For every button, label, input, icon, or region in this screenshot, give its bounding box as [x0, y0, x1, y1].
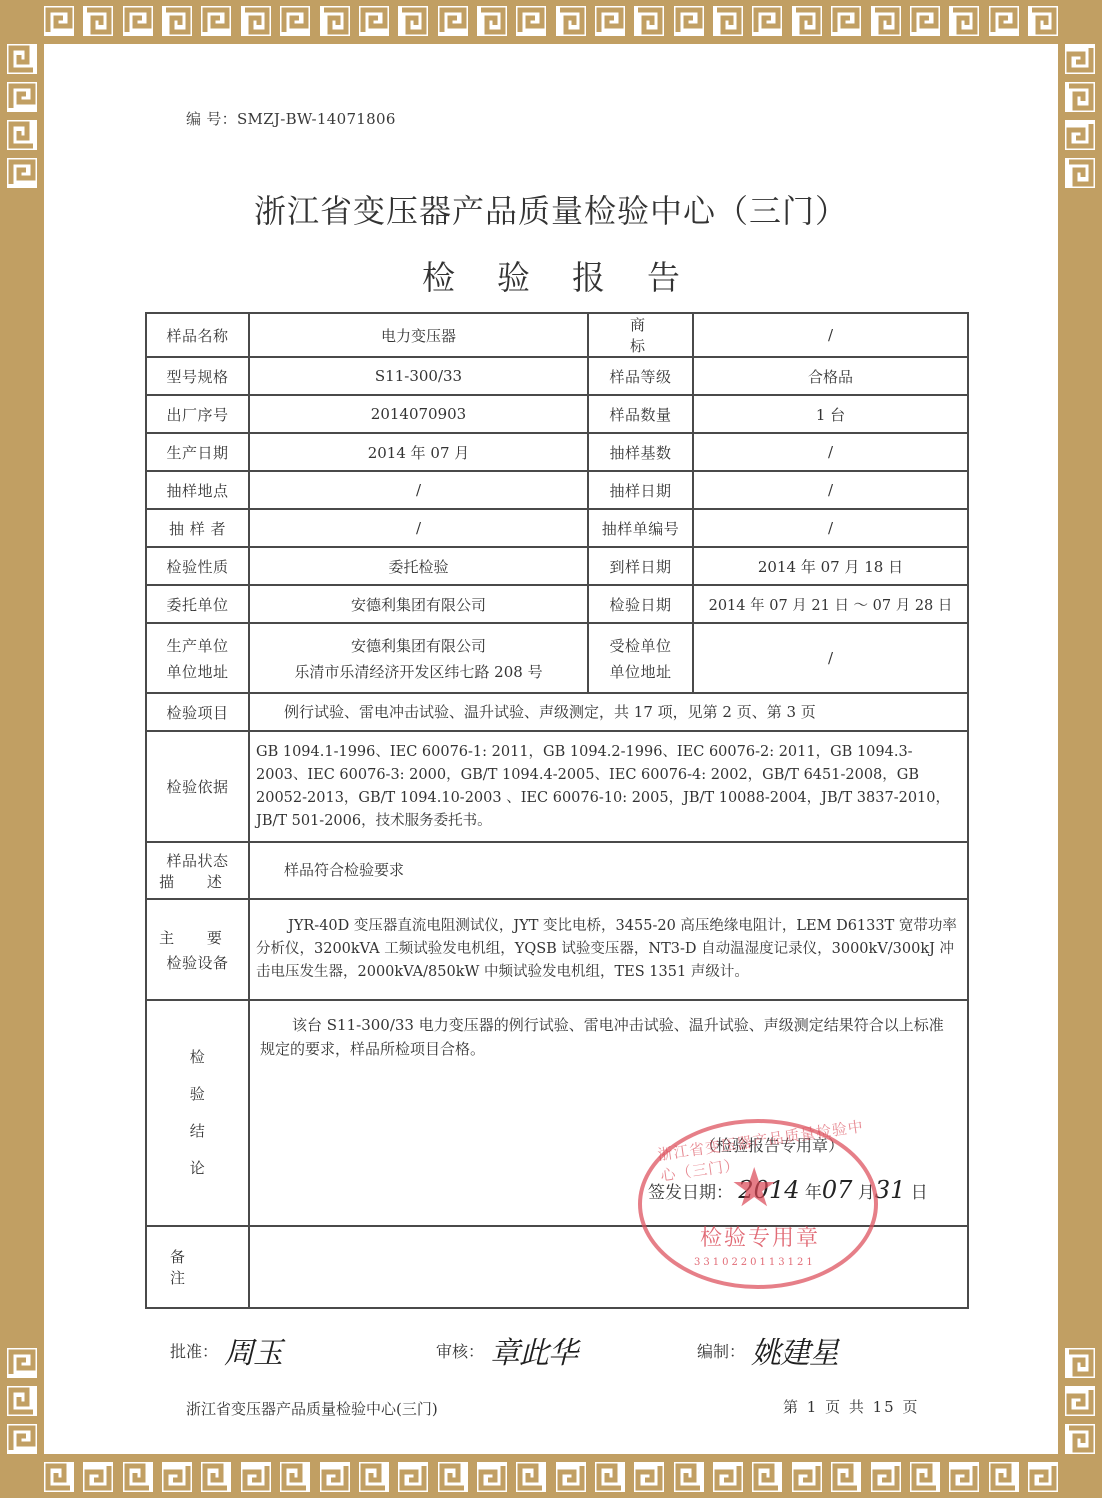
greek-key-icon — [713, 1462, 743, 1492]
field-label: 出厂序号 — [146, 395, 249, 433]
remarks-label: 备 注 — [146, 1226, 249, 1308]
report-title: 检验报告 — [0, 252, 1102, 299]
table-row: 检验性质委托检验到样日期2014 年 07 月 18 日 — [146, 547, 968, 585]
equipment-label-line2: 检验设备 — [153, 952, 242, 973]
field-label: 抽样地点 — [146, 471, 249, 509]
signature-block: 批准： 周玉 审核： 章此华 编制： 姚建星 — [0, 1318, 1102, 1378]
greek-key-icon — [595, 6, 625, 36]
field-label: 委托单位 — [146, 585, 249, 623]
greek-key-icon — [674, 1462, 704, 1492]
greek-key-icon — [556, 1462, 586, 1492]
reviewer-label: 审核： — [436, 1339, 484, 1362]
greek-key-icon — [398, 6, 428, 36]
issue-date: 签发日期： 2014 年07 月31 日 — [648, 1176, 928, 1204]
greek-key-icon — [949, 6, 979, 36]
conclusion-text: 该台 S11-300/33 电力变压器的例行试验、雷电冲击试验、温升试验、声级测… — [260, 1013, 955, 1061]
greek-key-icon — [1065, 82, 1095, 112]
greek-key-icon — [831, 1462, 861, 1492]
greek-key-icon — [949, 1462, 979, 1492]
table-row-sample-state: 样品状态 描 述 样品符合检验要求 — [146, 842, 968, 899]
conclusion-area: 该台 S11-300/33 电力变压器的例行试验、雷电冲击试验、温升试验、声级测… — [250, 1001, 967, 1225]
field-label: 型号规格 — [146, 357, 249, 395]
greek-key-icon — [792, 6, 822, 36]
inspected-unit-value: / — [693, 623, 968, 693]
greek-key-icon — [989, 1462, 1019, 1492]
greek-key-icon — [280, 1462, 310, 1492]
greek-key-icon — [241, 6, 271, 36]
reviewer-signature: 审核： 章此华 — [436, 1328, 577, 1372]
greek-key-icon — [516, 1462, 546, 1492]
field-value: 2014070903 — [249, 395, 588, 433]
approver-label: 批准： — [170, 1339, 218, 1362]
table-row-test-items: 检验项目 例行试验、雷电冲击试验、温升试验、声级测定，共 17 项，见第 2 页… — [146, 693, 968, 731]
producer-name: 安德利集团有限公司 — [256, 635, 581, 656]
compiler-name: 姚建星 — [751, 1328, 838, 1372]
field-value: 1 台 — [693, 395, 968, 433]
table-row: 生产日期2014 年 07 月抽样基数/ — [146, 433, 968, 471]
greek-key-icon — [1028, 1462, 1058, 1492]
field-value: 合格品 — [693, 357, 968, 395]
producer-label-line2: 单位地址 — [153, 661, 242, 682]
greek-key-icon — [871, 1462, 901, 1492]
field-value: 2014 年 07 月 21 日 ～ 07 月 28 日 — [693, 585, 968, 623]
field-value: 安德利集团有限公司 — [249, 585, 588, 623]
greek-key-icon — [1065, 158, 1095, 188]
table-row-producer: 生产单位 单位地址 安德利集团有限公司 乐清市乐清经济开发区纬七路 208 号 … — [146, 623, 968, 693]
greek-key-icon — [7, 120, 37, 150]
greek-key-pattern-bottom — [44, 1462, 1058, 1492]
greek-key-icon — [1028, 6, 1058, 36]
greek-key-icon — [634, 6, 664, 36]
greek-key-icon — [7, 1424, 37, 1454]
test-basis-value: GB 1094.1-1996、IEC 60076-1: 2011，GB 1094… — [249, 731, 968, 842]
greek-key-icon — [1065, 44, 1095, 74]
remarks-label-text: 备 注 — [170, 1248, 225, 1287]
greek-key-icon — [1065, 1386, 1095, 1416]
greek-key-icon — [595, 1462, 625, 1492]
producer-address: 乐清市乐清经济开发区纬七路 208 号 — [256, 661, 581, 682]
field-value: 2014 年 07 月 18 日 — [693, 547, 968, 585]
field-label: 商 标 — [588, 313, 693, 357]
field-label: 抽样日期 — [588, 471, 693, 509]
test-items-label: 检验项目 — [146, 693, 249, 731]
field-label: 抽 样 者 — [146, 509, 249, 547]
greek-key-icon — [7, 158, 37, 188]
table-row: 型号规格S11-300/33样品等级合格品 — [146, 357, 968, 395]
greek-key-icon — [359, 1462, 389, 1492]
greek-key-icon — [320, 1462, 350, 1492]
greek-key-icon — [634, 1462, 664, 1492]
field-label: 到样日期 — [588, 547, 693, 585]
field-label: 样品名称 — [146, 313, 249, 357]
field-label: 样品数量 — [588, 395, 693, 433]
issue-day: 31 — [875, 1176, 906, 1204]
greek-key-icon — [831, 6, 861, 36]
greek-key-icon — [477, 6, 507, 36]
test-items-value: 例行试验、雷电冲击试验、温升试验、声级测定，共 17 项，见第 2 页、第 3 … — [249, 693, 968, 731]
table-row: 抽样地点/抽样日期/ — [146, 471, 968, 509]
greek-key-icon — [910, 6, 940, 36]
test-basis-label: 检验依据 — [146, 731, 249, 842]
greek-key-icon — [1065, 1424, 1095, 1454]
approver-name: 周玉 — [224, 1328, 282, 1372]
conclusion-label-char: 检 — [153, 1039, 242, 1076]
footer-organization: 浙江省变压器产品质量检验中心(三门) — [186, 1398, 438, 1419]
field-value: 电力变压器 — [249, 313, 588, 357]
greek-key-icon — [556, 6, 586, 36]
greek-key-icon — [438, 6, 468, 36]
border-bottom — [0, 1454, 1102, 1498]
greek-key-icon — [7, 82, 37, 112]
year-unit: 年 — [805, 1183, 822, 1203]
greek-key-icon — [752, 6, 782, 36]
table-row: 出厂序号2014070903样品数量1 台 — [146, 395, 968, 433]
equipment-label: 主 要 检验设备 — [146, 899, 249, 1000]
greek-key-icon — [201, 6, 231, 36]
table-row-conclusion: 检验结论 该台 S11-300/33 电力变压器的例行试验、雷电冲击试验、温升试… — [146, 1000, 968, 1226]
table-row-remarks: 备 注 — [146, 1226, 968, 1308]
inspection-report-table: 样品名称电力变压器商 标/型号规格S11-300/33样品等级合格品出厂序号20… — [145, 312, 969, 1309]
greek-key-icon — [1065, 120, 1095, 150]
document-number: 编 号：SMZJ-BW-14071806 — [186, 108, 396, 129]
field-label: 抽样基数 — [588, 433, 693, 471]
greek-key-icon — [44, 6, 74, 36]
greek-key-icon — [871, 6, 901, 36]
greek-key-icon — [359, 6, 389, 36]
table-row: 抽 样 者/抽样单编号/ — [146, 509, 968, 547]
greek-key-icon — [516, 6, 546, 36]
field-value: 2014 年 07 月 — [249, 433, 588, 471]
sample-state-label-line1: 样品状态 — [153, 850, 242, 871]
compiler-label: 编制： — [697, 1339, 745, 1362]
sample-state-value: 样品符合检验要求 — [249, 842, 968, 899]
greek-key-icon — [438, 1462, 468, 1492]
greek-key-icon — [477, 1462, 507, 1492]
conclusion-label: 检验结论 — [146, 1000, 249, 1226]
field-label: 检验性质 — [146, 547, 249, 585]
month-unit: 月 — [858, 1183, 875, 1203]
greek-key-icon — [752, 1462, 782, 1492]
sample-state-label: 样品状态 描 述 — [146, 842, 249, 899]
document-number-label: 编 号： — [186, 110, 237, 128]
equipment-value: JYR-40D 变压器直流电阻测试仪，JYT 变比电桥，3455-20 高压绝缘… — [249, 899, 968, 1000]
day-unit: 日 — [911, 1183, 928, 1203]
field-label: 抽样单编号 — [588, 509, 693, 547]
field-value: / — [249, 509, 588, 547]
greek-key-icon — [7, 44, 37, 74]
equipment-label-line1: 主 要 — [153, 927, 242, 948]
seal-caption: （检验报告专用章） — [700, 1133, 844, 1156]
greek-key-icon — [162, 6, 192, 36]
greek-key-icon — [201, 1462, 231, 1492]
greek-key-icon — [123, 6, 153, 36]
greek-key-pattern-top — [44, 6, 1058, 36]
field-label: 检验日期 — [588, 585, 693, 623]
field-value: / — [693, 471, 968, 509]
conclusion-label-char: 结 — [153, 1113, 242, 1150]
field-value: S11-300/33 — [249, 357, 588, 395]
field-label: 生产日期 — [146, 433, 249, 471]
field-value: / — [693, 313, 968, 357]
conclusion-label-chars: 检验结论 — [153, 1039, 242, 1187]
field-value: 委托检验 — [249, 547, 588, 585]
organization-title: 浙江省变压器产品质量检验中心（三门） — [0, 186, 1102, 232]
field-value: / — [693, 509, 968, 547]
document-number-value: SMZJ-BW-14071806 — [237, 110, 396, 128]
producer-label-line1: 生产单位 — [153, 635, 242, 656]
table-row: 样品名称电力变压器商 标/ — [146, 313, 968, 357]
greek-key-icon — [792, 1462, 822, 1492]
greek-key-icon — [162, 1462, 192, 1492]
page-indicator: 第 1 页 共 15 页 — [783, 1396, 919, 1417]
table-row: 委托单位安德利集团有限公司检验日期2014 年 07 月 21 日 ～ 07 月… — [146, 585, 968, 623]
greek-key-icon — [7, 1386, 37, 1416]
field-label: 样品等级 — [588, 357, 693, 395]
greek-key-pattern-right-top — [1065, 44, 1095, 188]
inspected-unit-label: 受检单位 单位地址 — [588, 623, 693, 693]
reviewer-name: 章此华 — [490, 1328, 577, 1372]
greek-key-icon — [910, 1462, 940, 1492]
sample-state-label-line2: 描 述 — [153, 871, 242, 892]
inspected-unit-label-line1: 受检单位 — [595, 635, 686, 656]
greek-key-icon — [83, 1462, 113, 1492]
inspected-unit-label-line2: 单位地址 — [595, 661, 686, 682]
greek-key-icon — [713, 6, 743, 36]
greek-key-icon — [83, 6, 113, 36]
conclusion-label-char: 论 — [153, 1150, 242, 1187]
table-row-equipment: 主 要 检验设备 JYR-40D 变压器直流电阻测试仪，JYT 变比电桥，345… — [146, 899, 968, 1000]
issue-month: 07 — [822, 1176, 853, 1204]
producer-label: 生产单位 单位地址 — [146, 623, 249, 693]
table-row-test-basis: 检验依据 GB 1094.1-1996、IEC 60076-1: 2011，GB… — [146, 731, 968, 842]
compiler-signature: 编制： 姚建星 — [697, 1328, 838, 1372]
greek-key-pattern-left-top — [7, 44, 37, 188]
border-top — [0, 0, 1102, 44]
greek-key-icon — [398, 1462, 428, 1492]
conclusion-cell: 该台 S11-300/33 电力变压器的例行试验、雷电冲击试验、温升试验、声级测… — [249, 1000, 968, 1226]
greek-key-icon — [674, 6, 704, 36]
greek-key-icon — [123, 1462, 153, 1492]
greek-key-icon — [280, 6, 310, 36]
conclusion-label-char: 验 — [153, 1076, 242, 1113]
greek-key-icon — [989, 6, 1019, 36]
field-value: / — [693, 433, 968, 471]
greek-key-icon — [320, 6, 350, 36]
approver-signature: 批准： 周玉 — [170, 1328, 282, 1372]
issue-year: 2014 — [738, 1176, 799, 1204]
remarks-value — [249, 1226, 968, 1308]
greek-key-icon — [44, 1462, 74, 1492]
issue-date-label: 签发日期： — [648, 1183, 733, 1203]
greek-key-icon — [241, 1462, 271, 1492]
producer-value: 安德利集团有限公司 乐清市乐清经济开发区纬七路 208 号 — [249, 623, 588, 693]
field-value: / — [249, 471, 588, 509]
